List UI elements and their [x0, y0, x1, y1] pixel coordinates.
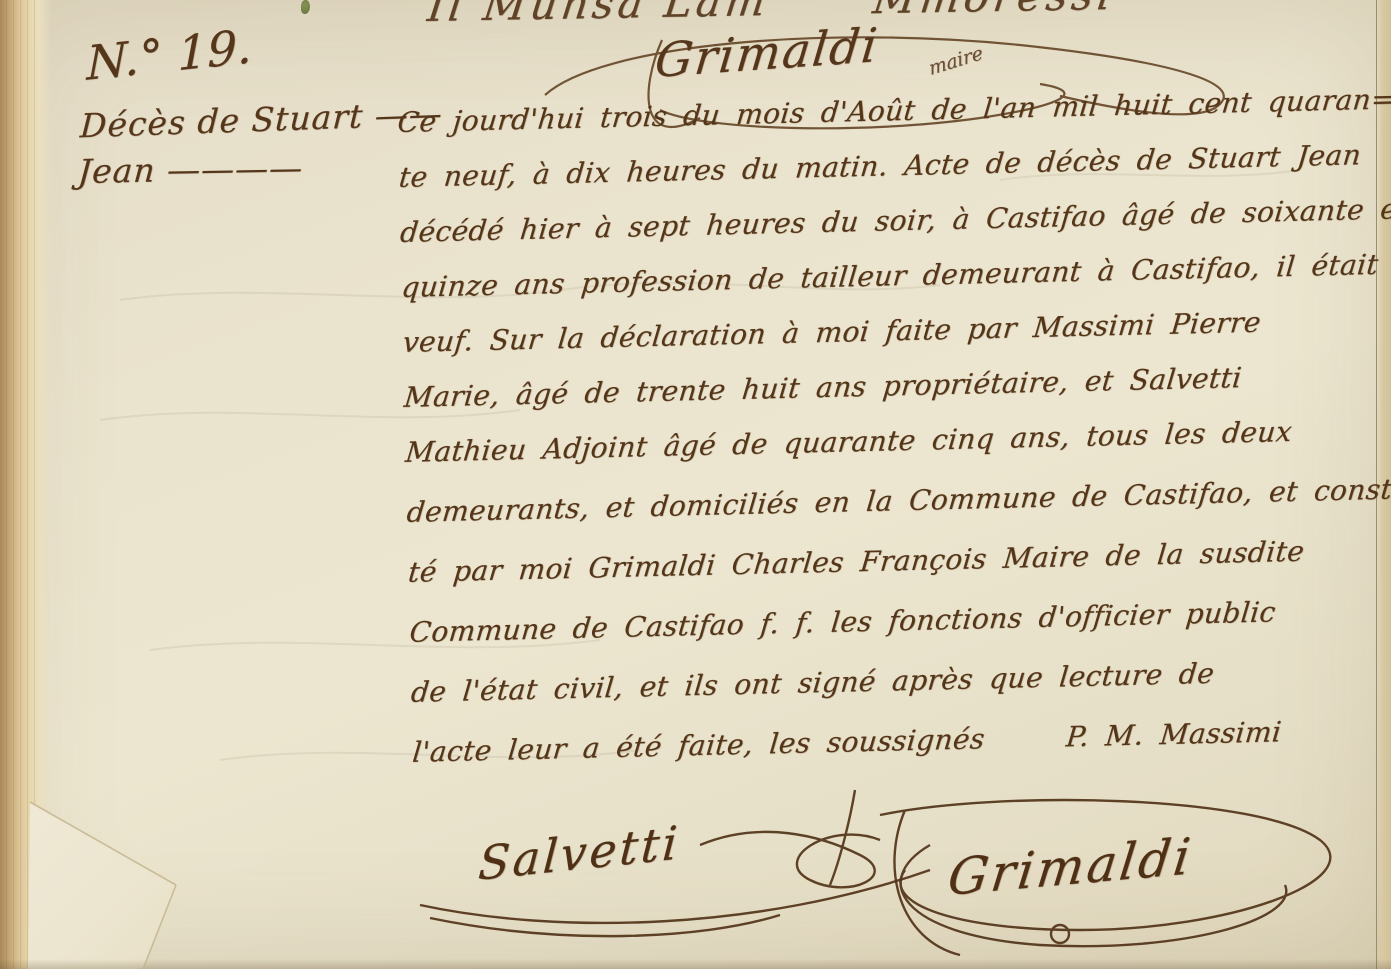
header-signature: Grimaldi	[652, 18, 881, 89]
folded-page-corner	[0, 790, 200, 969]
header-side-note: maire	[927, 42, 985, 80]
margin-title-line-2: Jean ————	[77, 148, 305, 191]
registry-page-scan: N.° 19. Décès de Stuart —— Jean ———— Il …	[0, 0, 1391, 969]
act-number: N.° 19.	[86, 19, 251, 92]
paper-speck	[301, 0, 310, 14]
signature-salvetti: Salvetti	[477, 815, 682, 891]
act-body: Ce jourd'hui trois du mois d'Août de l'a…	[396, 82, 1391, 790]
scan-shadow	[0, 959, 1391, 969]
margin-title-line-1: Décès de Stuart ——	[79, 94, 444, 146]
signature-grimaldi: Grimaldi	[945, 827, 1196, 907]
